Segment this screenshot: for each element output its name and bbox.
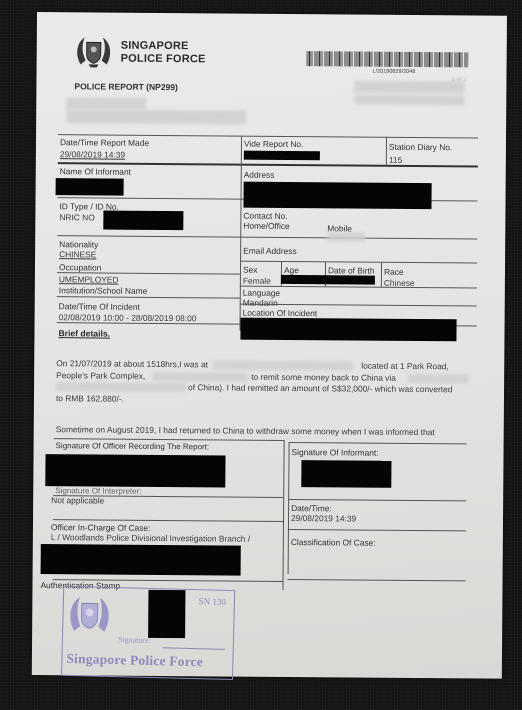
blurred-location (213, 360, 353, 370)
redacted-informant-signature (301, 460, 391, 488)
brief-paragraph-2: Sometime on August 2019, I had returned … (56, 424, 461, 439)
blurred-remittance-service (408, 374, 468, 383)
redacted-id-number (103, 211, 183, 231)
divider (288, 442, 290, 574)
label-age: Age (284, 265, 299, 275)
divider (386, 137, 387, 167)
label-occupation: Occupation (59, 262, 101, 272)
value-nationality: CHINESE (59, 249, 96, 259)
value-interpreter: Not applicable (51, 495, 104, 505)
label-informant-signature: Signature Of Informant: (292, 447, 379, 458)
stamp-crest-icon (67, 593, 112, 638)
label-contact-no: Contact No. (243, 211, 287, 221)
label-home-office: Home/Office (243, 221, 289, 231)
divider (288, 579, 466, 581)
label-institution: Institution/School Name (59, 285, 148, 296)
label-address: Address (244, 170, 275, 180)
redacted-officer-in-charge (41, 544, 241, 576)
stamp-signature-label: Signature: (118, 635, 151, 645)
organization-name: SINGAPORE POLICE FORCE (121, 40, 206, 67)
brief-text: located at 1 Park Road, (361, 361, 449, 373)
label-location-incident: Location Of Incident (243, 308, 318, 319)
value-occupation: UMEMPLOYED (59, 274, 119, 284)
brief-text: of China). I had remitted an amount of S… (188, 382, 453, 396)
label-vide-report-no: Vide Report No. (244, 139, 304, 149)
value-station-diary-no: 115 (389, 155, 402, 165)
stamp-signature-line (163, 647, 225, 650)
redacted-address (243, 182, 431, 209)
value-id-prefix: NRIC NO (59, 212, 94, 222)
label-language: Language (243, 288, 280, 298)
redacted-location-incident (240, 318, 456, 342)
divider (289, 442, 467, 444)
divider (240, 261, 477, 264)
value-date-time: 29/08/2019 14:39 (291, 513, 356, 524)
blurred-mobile-number (327, 232, 365, 241)
label-station-diary-no: Station Diary No. (389, 142, 452, 152)
police-report-document: SINGAPORE POLICE FORCE POLICE REPORT (NP… (32, 12, 507, 679)
value-officer-in-charge: L / Woodlands Police Divisional Investig… (51, 532, 250, 544)
redacted-vide-report-no (244, 151, 320, 161)
label-date-time-incident: Date/Time Of Incident (59, 301, 140, 312)
label-date-time: Date/Time: (291, 503, 332, 513)
value-race: Chinese (384, 278, 415, 288)
label-classification: Classification Of Case: (291, 537, 376, 548)
barcode (307, 51, 469, 67)
org-line-2: POLICE FORCE (121, 53, 206, 67)
value-date-time-report-made: 29/08/2019 14:39 (60, 149, 125, 160)
divider (282, 440, 284, 590)
blurred-business-name (152, 372, 248, 382)
blurred-station-info (66, 97, 146, 110)
label-officer-signature: Signature Of Officer Recording The Repor… (56, 441, 210, 451)
blurred-station-address (66, 109, 246, 124)
barcode-number: L/20190829/2048 (373, 69, 416, 75)
value-date-time-incident: 02/08/2019 10:00 - 28/08/2019 08:00 (59, 312, 197, 323)
brief-text: People's Park Complex, (56, 370, 145, 381)
label-race: Race (384, 267, 404, 277)
report-title: POLICE REPORT (NP299) (74, 81, 178, 92)
divider (288, 499, 466, 501)
blurred-bank-name (56, 382, 186, 392)
redacted-stamp-signature (148, 590, 185, 638)
value-language: Mandarin (243, 298, 278, 308)
label-email-address: Email Address (243, 246, 297, 256)
label-nationality: Nationality (59, 239, 98, 249)
stamp-organization: Singapore Police Force (66, 651, 203, 670)
police-crest-icon (75, 34, 113, 68)
value-sex: Female (243, 276, 271, 286)
label-date-of-birth: Date of Birth (328, 265, 375, 275)
brief-text: On 21/07/2019 at about 1518hrs,I was at (56, 358, 208, 369)
redacted-informant-name (56, 178, 124, 196)
blurred-header-info-2 (354, 94, 464, 105)
redacted-age-dob (281, 275, 375, 285)
org-line-1: SINGAPORE (121, 40, 206, 54)
label-date-time-report-made: Date/Time Report Made (60, 137, 149, 148)
blurred-header-info (354, 80, 464, 93)
divider (57, 296, 240, 298)
divider (240, 136, 243, 331)
divider (381, 263, 382, 287)
divider (57, 235, 477, 239)
brief-details-title: Brief details. (58, 328, 110, 338)
divider (288, 529, 466, 531)
label-name-of-informant: Name Of Informant (60, 166, 131, 177)
redacted-officer-signature (45, 454, 225, 487)
brief-paragraph-1: On 21/07/2019 at about 1518hrs,I was at … (56, 358, 461, 408)
label-sex: Sex (243, 265, 258, 275)
stamp-serial: SN 130 (199, 596, 227, 607)
